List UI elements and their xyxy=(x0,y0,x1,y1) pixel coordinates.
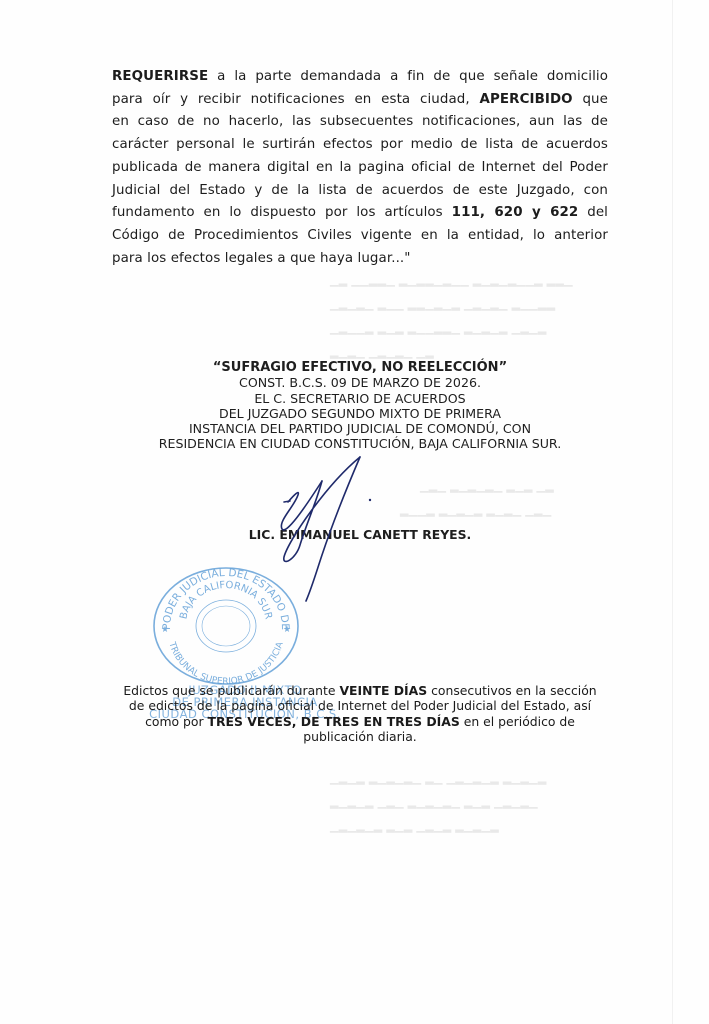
text-line: de edictos de la pagina oficial de Inter… xyxy=(110,698,610,713)
bold-text-run: REQUERIRSE xyxy=(112,69,208,84)
place-date: CONST. B.C.S. 09 DE MARZO DE 2026. xyxy=(150,375,570,390)
text-run: como por xyxy=(145,714,207,729)
document-page: ▁▂ ▁▁▂▂▁ ▂▁▂▂▁▂▁▁ ▂▁▂▁▂▁▁▂ ▂▂▁ ▁▂▁▂▁ ▂▁▁… xyxy=(0,0,709,1024)
bold-text-run: VEINTE DÍAS xyxy=(339,683,427,698)
bleed-through-text: ▂▁▁▂ ▂▁▂▁▂ ▂▁▂▁ ▁▂▁ xyxy=(400,502,552,519)
signature-block: “SUFRAGIO EFECTIVO, NO REELECCIÓN” CONST… xyxy=(150,360,570,452)
text-line: carácter personal le surtirán efectos po… xyxy=(112,134,608,157)
stamp-bottom-text: TRIBUNAL SUPERIOR DE JUSTICIA xyxy=(166,640,286,686)
official-title-line: RESIDENCIA EN CIUDAD CONSTITUCIÓN, BAJA … xyxy=(150,436,570,451)
bold-text-run: TRES VECES, DE TRES EN TRES DÍAS xyxy=(208,714,460,729)
text-line: fundamento en lo dispuesto por los artíc… xyxy=(112,202,608,225)
text-line: para los efectos legales a que haya luga… xyxy=(112,248,608,271)
text-line: en caso de no hacerlo, las subsecuentes … xyxy=(112,111,608,134)
text-line: para oír y recibir notificaciones en est… xyxy=(112,89,608,112)
text-line: publicación diaria. xyxy=(110,729,610,744)
bleed-through-text: ▁▂▁ ▂▁▂▁▂▁ ▂▁▂ ▁▂ xyxy=(420,478,554,495)
text-run: en el periódico de xyxy=(460,714,575,729)
bleed-through-text: ▁▂ ▁▁▂▂▁ ▂▁▂▂▁▂▁▁ ▂▁▂▁▂▁▁▂ ▂▂▁ xyxy=(330,272,573,289)
text-line: publicada de manera digital en la pagina… xyxy=(112,157,608,180)
publication-note: Edictos que se publicarán durante VEINTE… xyxy=(110,683,610,745)
svg-text:★: ★ xyxy=(283,625,291,635)
bold-text-run: 111, 620 y 622 xyxy=(452,205,579,220)
bleed-through-text: ▁▂▁▂▁▂ ▂▁▂ ▁▂▁▂ ▂▁▂▁▂ xyxy=(330,818,499,835)
text-run: publicada de manera digital en la pagina… xyxy=(112,160,608,175)
text-run: publicación diaria. xyxy=(303,729,416,744)
text-line: Código de Procedimientos Civiles vigente… xyxy=(112,225,608,248)
text-run: consecutivos en la sección xyxy=(427,683,597,698)
text-run: Código de Procedimientos Civiles vigente… xyxy=(112,228,608,243)
text-line: REQUERIRSE a la parte demandada a fin de… xyxy=(112,66,608,89)
text-line: Edictos que se publicarán durante VEINTE… xyxy=(110,683,610,698)
official-title-line: INSTANCIA DEL PARTIDO JUDICIAL DE COMOND… xyxy=(150,421,570,436)
official-title-line: EL C. SECRETARIO DE ACUERDOS xyxy=(150,391,570,406)
svg-text:★: ★ xyxy=(161,625,169,635)
bleed-through-text: ▁▂▁▂ ▂▁▂▁▂▁ ▂▁ ▁▂▁▂▁▂ ▂▁▂▁▂ xyxy=(330,770,547,787)
text-run: Edictos que se publicarán durante xyxy=(123,683,339,698)
motto: “SUFRAGIO EFECTIVO, NO REELECCIÓN” xyxy=(150,360,570,375)
page-edge-line xyxy=(672,0,673,1024)
text-run: en caso de no hacerlo, las subsecuentes … xyxy=(112,114,608,129)
text-run: del xyxy=(578,205,608,220)
text-line: como por TRES VECES, DE TRES EN TRES DÍA… xyxy=(110,714,610,729)
text-run: fundamento en lo dispuesto por los artíc… xyxy=(112,205,452,220)
bleed-through-text: ▁▂▁▂▁ ▂▁▁ ▂▂▁▂▁▂ ▁▂▁▂▁ ▂▁▁▂▂ xyxy=(330,296,555,313)
text-run: Judicial del Estado y de la lista de acu… xyxy=(112,183,608,198)
text-run: a la parte demandada a fin de que señale… xyxy=(208,69,608,84)
body-paragraph: REQUERIRSE a la parte demandada a fin de… xyxy=(112,66,608,270)
text-line: Judicial del Estado y de la lista de acu… xyxy=(112,180,608,203)
text-run: carácter personal le surtirán efectos po… xyxy=(112,137,608,152)
bleed-through-text: ▁▂▁▁▂ ▂▁▂ ▂▁▁▂▂▁ ▂▁▂▁▂ ▁▂▁▂ xyxy=(330,320,547,337)
bold-text-run: APERCIBIDO xyxy=(480,92,573,107)
handwritten-signature xyxy=(260,455,380,605)
svg-text:TRIBUNAL SUPERIOR DE JUSTICIA: TRIBUNAL SUPERIOR DE JUSTICIA xyxy=(166,640,286,686)
text-run: de edictos de la pagina oficial de Inter… xyxy=(129,698,591,713)
official-title-line: DEL JUZGADO SEGUNDO MIXTO DE PRIMERA xyxy=(150,406,570,421)
text-run: para oír y recibir notificaciones en est… xyxy=(112,92,480,107)
bleed-through-text: ▂▁▂▁ ▁▂▁▂▁ ▁▂ xyxy=(330,344,434,361)
text-run: para los efectos legales a que haya luga… xyxy=(112,251,411,266)
bleed-through-text: ▂▁▂▁▂ ▁▂▁ ▂▁▂▁▂▁ ▂▁▂ ▁▂▁▂▁ xyxy=(330,794,538,811)
text-run: que xyxy=(573,92,608,107)
